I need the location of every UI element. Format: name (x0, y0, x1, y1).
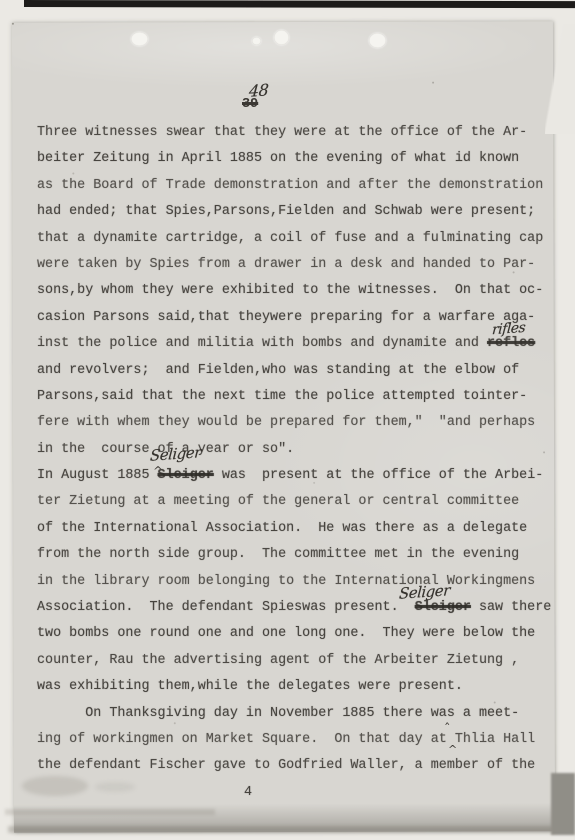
typed-text: saw there (471, 600, 551, 615)
typed-text: from the north side group. The committee… (37, 547, 519, 562)
typed-line: from the north side group. The committee… (37, 542, 552, 568)
caret-mark: ^ (153, 464, 163, 478)
page-fold-crease (545, 24, 575, 134)
typed-text: fere with whem they would be prepared fo… (37, 415, 535, 430)
typed-text: counter, Rau the advertising agent of th… (37, 653, 519, 668)
typed-text: Parsons,said that the next time the poli… (37, 389, 527, 404)
typed-text: in the library room belonging to the Int… (37, 574, 535, 589)
typed-text: beiter Zeitung in April 1885 on the even… (37, 151, 519, 166)
typed-line: two bombs one round one and one long one… (37, 621, 552, 647)
typed-line: In August 1885 Sleiger was present at th… (37, 463, 552, 489)
typed-line: in the library room belonging to the Int… (37, 569, 552, 595)
scan-background: { "page": { "header": { "handwritten_num… (0, 0, 575, 840)
typed-line: as the Board of Trade demonstration and … (37, 173, 552, 199)
typed-text: On Thanksgiving day in November 1885 the… (37, 706, 519, 721)
typed-text: Association. The defendant Spieswas pres… (37, 600, 415, 615)
punch-hole (252, 37, 261, 45)
typed-text: as the Board of Trade demonstration and … (37, 178, 543, 193)
punch-hole (131, 32, 148, 46)
scan-dark-patch (551, 773, 575, 835)
typed-text: two bombs one round one and one long one… (37, 626, 535, 641)
typed-text: ter Zietung at a meeting of the general … (37, 494, 519, 509)
typed-line: and revolvers; and Fielden,who was stand… (37, 358, 552, 384)
typed-line: Three witnesses swear that they were at … (37, 120, 552, 146)
typed-line: sons,by whom they were exhibited to the … (37, 278, 552, 304)
typed-line: casion Parsons said,that theywere prepar… (37, 305, 552, 331)
typed-line: in the course of a year or so". (37, 437, 552, 463)
typed-text: casion Parsons said,that theywere prepar… (37, 310, 535, 325)
typed-text: that a dynamite cartridge, a coil of fus… (37, 231, 543, 246)
typed-line: beiter Zeitung in April 1885 on the even… (37, 146, 552, 172)
typed-line: inst the police and militia with bombs a… (37, 331, 552, 357)
typed-text: was present at the office of the Arbei- (214, 468, 543, 483)
typed-line: Parsons,said that the next time the poli… (37, 384, 552, 410)
typed-line: of the International Association. He was… (37, 516, 552, 542)
typed-line: fere with whem they would be prepared fo… (37, 410, 552, 436)
typed-text: was exhibiting them,while the delegates … (37, 679, 463, 694)
scan-streak (5, 809, 215, 815)
page-bottom-edge (8, 826, 553, 833)
typed-text: were taken by Spies from a drawer in a d… (37, 257, 535, 272)
punch-hole (274, 30, 289, 45)
typed-line: was exhibiting them,while the delegates … (37, 674, 552, 700)
typed-text: had ended; that Spies,Parsons,Fielden an… (37, 204, 535, 219)
typed-text: ing of workingmen on Market Square. On t… (37, 732, 535, 747)
typed-line: were taken by Spies from a drawer in a d… (37, 252, 552, 278)
typed-line: that a dynamite cartridge, a coil of fus… (37, 226, 552, 252)
page-number: 4 (238, 785, 258, 800)
handwritten-annotation-seliger-1: Seliger (149, 443, 201, 465)
struck-word: Sleiger (415, 600, 471, 615)
paper-speckles (12, 23, 14, 25)
handwritten-annotation-seliger-2: Seliger (398, 581, 450, 603)
typed-line: had ended; that Spies,Parsons,Fielden an… (37, 199, 552, 225)
struck-word: Sleiger (158, 468, 214, 483)
typed-line: counter, Rau the advertising agent of th… (37, 648, 552, 674)
typed-line: ter Zietung at a meeting of the general … (37, 489, 552, 515)
typed-text: the defendant Fischer gave to Godfried W… (37, 758, 535, 773)
header-page-number-struck: 39 (242, 97, 258, 112)
thalia-caret-mark: ^ (448, 743, 457, 756)
scanner-edge (24, 0, 575, 8)
typed-line: ing of workingmen on Market Square. On t… (37, 727, 552, 753)
punch-hole (369, 33, 386, 48)
typed-lines: Three witnesses swear that they were at … (37, 120, 552, 780)
circumflex-mark: ˆ (444, 722, 451, 737)
typed-line: On Thanksgiving day in November 1885 the… (37, 701, 552, 727)
struck-word: refles (487, 336, 535, 351)
ink-smudge (95, 782, 135, 792)
typed-text: Three witnesses swear that they were at … (37, 125, 527, 140)
handwritten-annotation-rifles: rifles (491, 320, 525, 338)
typed-text: sons,by whom they were exhibited to the … (37, 283, 543, 298)
typed-line: Association. The defendant Spieswas pres… (37, 595, 552, 621)
typed-text: In August 1885 (37, 468, 158, 483)
typed-text: and revolvers; and Fielden,who was stand… (37, 363, 519, 378)
typed-text: inst the police and militia with bombs a… (37, 336, 487, 351)
typed-text: of the International Association. He was… (37, 521, 527, 536)
ink-smudge (22, 776, 88, 796)
typed-line: the defendant Fischer gave to Godfried W… (37, 753, 552, 779)
